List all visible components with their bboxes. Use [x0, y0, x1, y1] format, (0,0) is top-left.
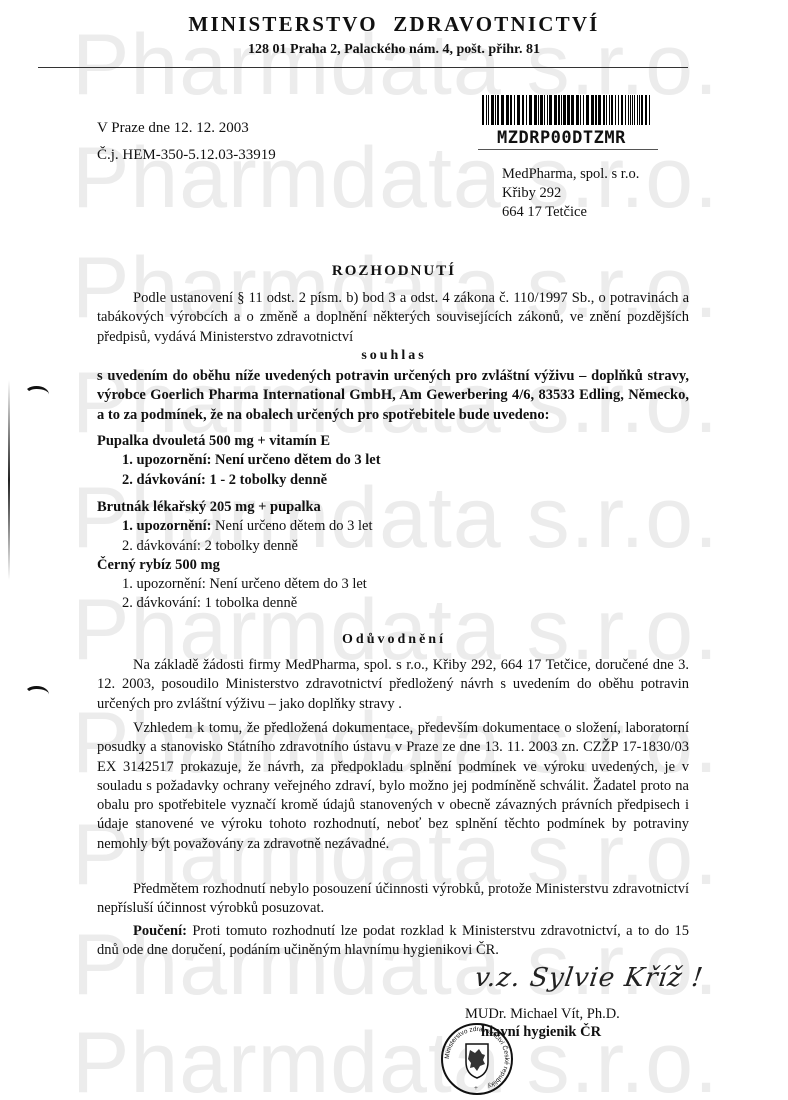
justification-paragraph: Vzhledem k tomu, že předložená dokumenta…: [97, 719, 689, 854]
place-date: V Praze dne 12. 12. 2003: [97, 120, 249, 137]
product-name: Brutnák lékařský 205 mg + pupalka: [97, 499, 321, 516]
line-value: 2 tobolky denně: [205, 538, 298, 554]
decision-title: ROZHODNUTÍ: [0, 263, 788, 280]
product-warning: 1. upozornění: Není určeno dětem do 3 le…: [122, 518, 372, 535]
line-value: 1 - 2 tobolky denně: [209, 472, 327, 488]
justification-paragraph: Předmětem rozhodnutí nebylo posouzení úč…: [97, 880, 689, 919]
ministry-address: 128 01 Praha 2, Palackého nám. 4, pošt. …: [0, 42, 788, 58]
handwritten-signature: v.z. Sylvie Kříž !: [473, 963, 705, 993]
line-label: 1. upozornění:: [122, 452, 211, 468]
recipient-address: MedPharma, spol. s r.o. Křiby 292 664 17…: [502, 165, 639, 222]
recipient-city: 664 17 Tetčice: [502, 203, 639, 222]
product-warning: 1. upozornění: Není určeno dětem do 3 le…: [122, 452, 381, 469]
punch-hole-mark: [24, 686, 49, 703]
product-name: Pupalka dvouletá 500 mg + vitamín E: [97, 433, 330, 450]
line-label: 2. dávkování:: [122, 472, 206, 488]
ministry-title: MINISTERSTVO ZDRAVOTNICTVÍ: [0, 12, 788, 37]
decision-intro: Podle ustanovení § 11 odst. 2 písm. b) b…: [97, 289, 689, 347]
justification-heading: Odůvodnění: [0, 632, 788, 648]
line-label: 2. dávkování:: [122, 538, 201, 554]
recipient-name: MedPharma, spol. s r.o.: [502, 165, 639, 184]
instruction-paragraph: Poučení: Proti tomuto rozhodnutí lze pod…: [97, 922, 689, 961]
line-value: 1 tobolka denně: [205, 595, 298, 611]
signer-name: MUDr. Michael Vít, Ph.D.: [465, 1005, 620, 1023]
line-label: 1. upozornění:: [122, 576, 206, 592]
barcode-text: MZDRP00DTZMR: [497, 128, 626, 148]
official-stamp-icon: Ministerstvo zdravotnictví České republi…: [440, 1022, 514, 1096]
product-dosage: 2. dávkování: 1 - 2 tobolky denně: [122, 472, 327, 489]
product-name: Černý rybíz 500 mg: [97, 557, 220, 574]
barcode: [482, 95, 652, 125]
header-rule: [38, 67, 688, 68]
barcode-rule: [478, 149, 658, 150]
line-value: Není určeno dětem do 3 let: [215, 452, 381, 468]
document-page: MINISTERSTVO ZDRAVOTNICTVÍ 128 01 Praha …: [0, 0, 788, 1100]
product-dosage: 2. dávkování: 2 tobolky denně: [122, 538, 298, 555]
consent-text: s uvedením do oběhu níže uvedených potra…: [97, 367, 689, 425]
line-value: Není určeno dětem do 3 let: [215, 518, 372, 534]
punch-hole-mark: [24, 386, 49, 403]
instruction-label: Poučení:: [133, 923, 187, 939]
line-value: Není určeno dětem do 3 let: [209, 576, 366, 592]
svg-text:+: +: [474, 1084, 478, 1092]
justification-paragraph: Na základě žádosti firmy MedPharma, spol…: [97, 656, 689, 714]
recipient-street: Křiby 292: [502, 184, 639, 203]
line-label: 2. dávkování:: [122, 595, 201, 611]
scan-edge-shadow: [8, 380, 10, 580]
product-dosage: 2. dávkování: 1 tobolka denně: [122, 595, 297, 612]
line-label: 1. upozornění:: [122, 518, 211, 534]
consent-heading: souhlas: [0, 348, 788, 364]
reference-number: Č.j. HEM-350-5.12.03-33919: [97, 147, 276, 164]
product-warning: 1. upozornění: Není určeno dětem do 3 le…: [122, 576, 367, 593]
